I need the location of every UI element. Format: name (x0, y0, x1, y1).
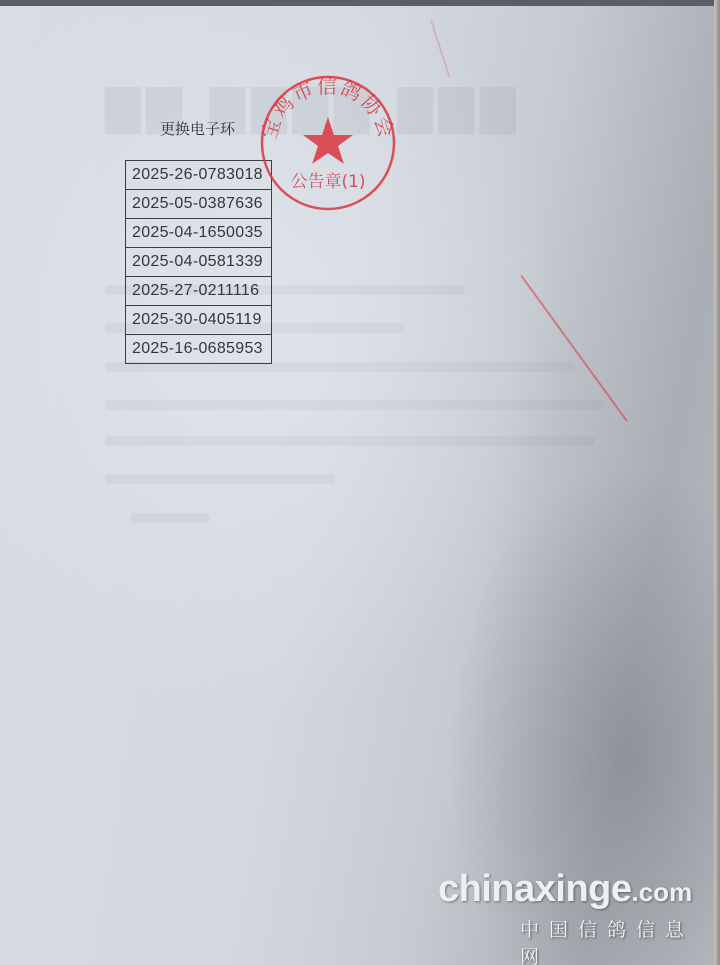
table-row: 2025-30-0405119 (126, 306, 272, 335)
ring-number-cell: 2025-16-0685953 (126, 335, 272, 364)
ring-number-cell: 2025-05-0387636 (126, 190, 272, 219)
table-row: 2025-16-0685953 (126, 335, 272, 364)
show-through-line (130, 513, 210, 523)
watermark-domain-main: chinaxinge (438, 868, 632, 910)
top-edge (0, 0, 720, 6)
watermark-domain: chinaxinge.com (438, 868, 692, 911)
ring-number-cell: 2025-04-0581339 (126, 248, 272, 277)
official-stamp: 宝鸡市信鸽协会 公告章(1) (258, 73, 398, 213)
stamp-label: 公告章(1) (290, 171, 365, 192)
ring-number-cell: 2025-26-0783018 (126, 161, 272, 190)
star-icon (303, 117, 353, 164)
ring-number-table: 2025-26-07830182025-05-03876362025-04-16… (125, 160, 272, 364)
table-row: 2025-04-0581339 (126, 248, 272, 277)
watermark-domain-suffix: .com (632, 877, 693, 907)
watermark-site-name: 中国信鸽信息网 (520, 915, 720, 965)
show-through-line (105, 474, 335, 484)
show-through-line (105, 400, 605, 410)
table-row: 2025-05-0387636 (126, 190, 272, 219)
ring-number-cell: 2025-27-0211116 (126, 277, 272, 306)
show-through-line (105, 436, 595, 446)
table-row: 2025-04-1650035 (126, 219, 272, 248)
section-title: 更换电子环 (160, 118, 235, 139)
table-row: 2025-27-0211116 (126, 277, 272, 306)
ring-number-cell: 2025-04-1650035 (126, 219, 272, 248)
right-edge (714, 0, 720, 965)
table-row: 2025-26-0783018 (126, 161, 272, 190)
ring-number-cell: 2025-30-0405119 (126, 306, 272, 335)
